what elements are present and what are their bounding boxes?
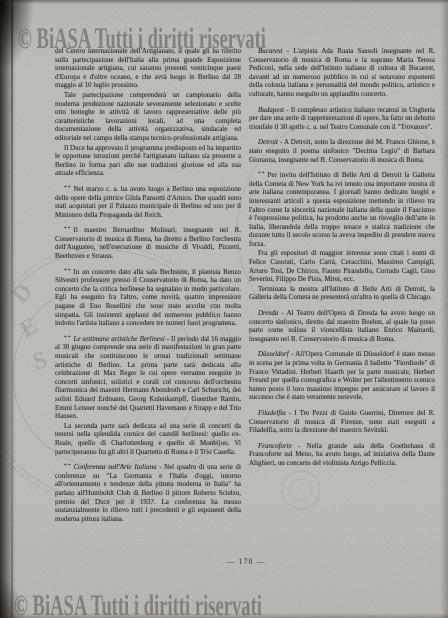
stamp-letter: S [30,347,51,376]
paragraph-text: Nel marzo c. a. ha avuto luogo a Berlino… [55,185,241,219]
paragraph-lead: Filadelfia [258,409,286,417]
scan-edge-top [0,0,448,4]
paragraph: Filadelfia - I Tre Pezzi di Guido Guerri… [249,408,435,435]
scan-edge-left [0,0,16,618]
paragraph: Detroit - A Detroit, sotto la direzione … [249,137,435,164]
lead-separator: - [283,47,294,55]
paragraph-text: del Centro internazionale dell'Artigiana… [55,47,241,89]
paragraph: Dresda - Al Teatro dell'Opera di Dresda … [249,308,435,343]
scan-edge-right [440,0,448,618]
binding-fold-line [11,0,13,618]
paragraph-lead: Bucarest [258,47,283,55]
text-column-right: Bucarest - L'arpista Ada Ruata Sassoli i… [249,46,435,523]
paragraph: Düsseldorf - All'Opera Comunale di Düsse… [249,349,435,402]
paragraph: Budapest - Il complesso artistico italia… [249,105,435,132]
item-marker: ** [258,171,266,177]
paragraph: Fra gli espositori di maggior interesse … [249,248,435,283]
paragraph-lead: Le settimane artistiche Berlinesi [74,335,165,343]
paragraph-lead: Düsseldorf [258,350,289,358]
paragraph-text: Terminata la mostra all'Istituto di Bell… [249,285,435,302]
item-marker: ** [64,226,72,232]
paragraph-text: Fra gli espositori di maggior interesse … [249,249,435,283]
item-marker: ** [64,185,72,191]
stamp-letter: E [15,313,42,344]
paragraph-text: Il maestro Bernardino Molinari, insegnan… [55,226,241,260]
paragraph: Bucarest - L'arpista Ada Ruata Sassoli i… [249,46,435,99]
paragraph-text: Nel quadro di una serie di conferenze su… [55,463,241,523]
paragraph: **Nel marzo c. a. ha avuto luogo a Berli… [55,184,241,219]
lead-separator: - [292,442,307,450]
paragraph: del Centro internazionale dell'Artigiana… [55,46,241,90]
paragraph: **Conferenza sull'Arte Italiana - Nel qu… [55,462,241,523]
scanned-document-page: D E S © BiASA Tutti i diritti riservati … [0,0,448,618]
watermark-bottom: © BiASA Tutti i diritti riservati [14,589,262,618]
paragraph-text: L'arpista Ada Ruata Sassoli insegnante n… [249,47,435,98]
item-marker: ** [64,335,72,341]
paragraph-text: Per invito dell'Istituto di Belle Arti d… [249,171,435,248]
page-number: — 178 — [206,557,286,566]
paragraph: **Per invito dell'Istituto di Belle Arti… [249,170,435,248]
paragraph: **Il maestro Bernardino Molinari, insegn… [55,225,241,260]
paragraph-text: In un concerto dato alla sala Bechstein,… [55,268,241,328]
paragraph: Francoforte - Nella grande sala della Go… [249,441,435,468]
paragraph: Tale partecipazione comprenderà un campi… [55,90,241,143]
paragraph-lead: Detroit [258,138,278,146]
paragraph-text: Il periodo dal 16 maggio al 30 giugno co… [55,335,241,420]
paragraph: **Le settimane artistiche Berlinesi - Il… [55,334,241,421]
paragraph-text: Il Duce ha approvato il programma predis… [55,144,241,178]
paragraph-text: La seconda parte sarà dedicata ad una se… [55,422,241,456]
paragraph-lead: Dresda [258,309,278,317]
paragraph-text: All'Opera Comunale di Düsseldorf è stato… [249,350,435,401]
item-marker: ** [64,463,72,469]
lead-separator: - [284,106,291,114]
paragraph-lead: Conferenza sull'Arte Italiana [74,463,157,471]
paragraph: **In un concerto dato alla sala Bechstei… [55,267,241,328]
item-marker: ** [64,268,72,274]
text-column-left: del Centro internazionale dell'Artigiana… [55,46,241,523]
text-columns: del Centro internazionale dell'Artigiana… [55,46,435,523]
paragraph: Il Duce ha approvato il programma predis… [55,143,241,178]
paragraph: La seconda parte sarà dedicata ad una se… [55,421,241,456]
lead-separator: - [286,409,295,417]
paragraph-lead: Francoforte [258,442,292,450]
paragraph: Terminata la mostra all'Istituto di Bell… [249,284,435,302]
paragraph-text: Tale partecipazione comprenderà un campi… [55,91,241,142]
lead-separator: - [157,463,165,471]
paragraph-lead: Budapest [258,106,284,114]
